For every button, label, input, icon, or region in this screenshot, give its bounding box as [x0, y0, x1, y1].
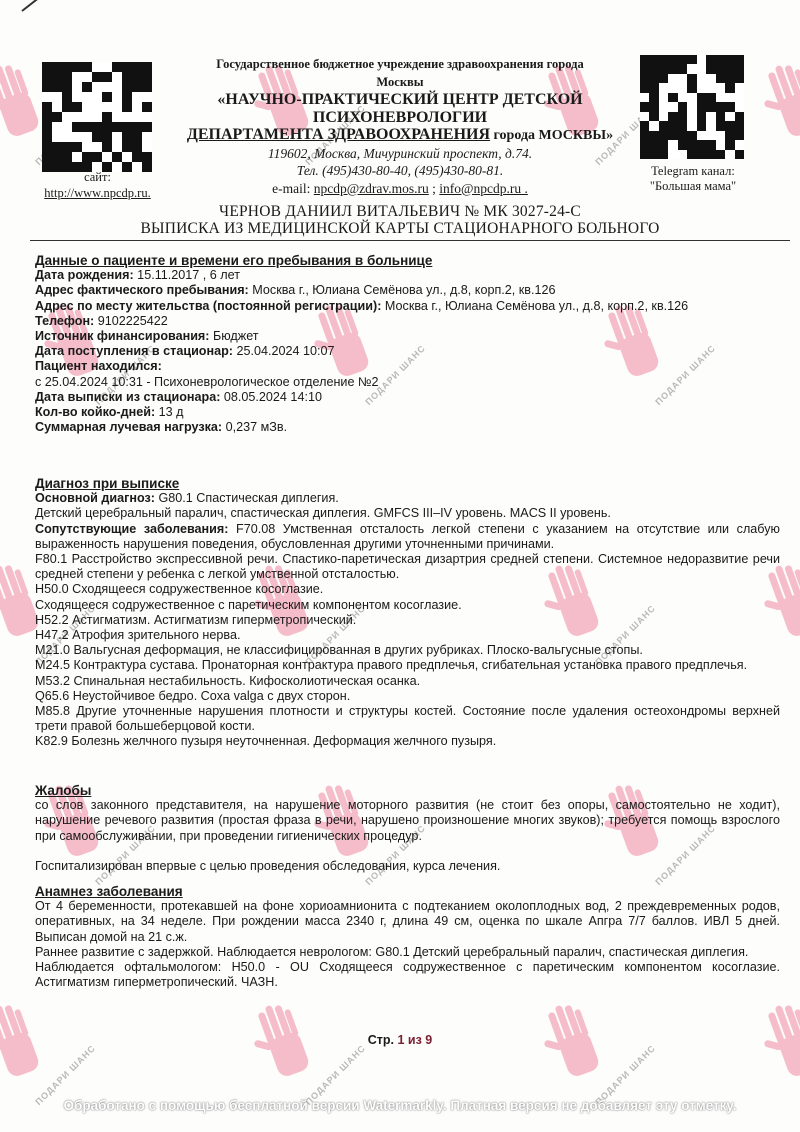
document-page: сайт: http://www.npcdp.ru. Государственн…	[0, 0, 800, 1132]
org-line-2: Москвы	[160, 74, 640, 92]
field-value: 13 д	[155, 405, 183, 419]
diagnosis-section: Диагноз при выписке Основной диагноз: G8…	[35, 476, 780, 750]
field-label: Кол-во койко-дней:	[35, 405, 155, 419]
field-label: Дата поступления в стационар:	[35, 344, 233, 358]
section-heading-diagnosis: Диагноз при выписке	[35, 476, 780, 491]
patient-info-row: Телефон: 9102225422	[35, 314, 780, 329]
main-diagnosis: Основной диагноз: G80.1 Спастическая дип…	[35, 491, 780, 506]
field-label: Пациент находился:	[35, 359, 162, 373]
telegram-label: Telegram канал:	[628, 164, 758, 179]
org-line-1: Государственное бюджетное учреждение здр…	[160, 56, 640, 74]
field-value: Москва г., Юлиана Семёнова ул., д.8, кор…	[381, 299, 688, 313]
pen-mark	[21, 0, 43, 12]
anamnesis-paragraphs: От 4 беременности, протекавшей на фоне х…	[35, 899, 780, 990]
main-diagnosis-value: G80.1 Спастическая диплегия.	[155, 491, 339, 505]
field-value: 25.04.2024 10:07	[233, 344, 335, 358]
qr-code-telegram-icon	[640, 55, 744, 159]
field-label: Адрес фактического пребывания:	[35, 283, 249, 297]
org-line-3: «НАУЧНО-ПРАКТИЧЕСКИЙ ЦЕНТР ДЕТСКОЙ	[160, 91, 640, 109]
section-heading-anamnesis: Анамнез заболевания	[35, 884, 780, 899]
page-number: Стр. 1 из 9	[0, 1033, 800, 1047]
page-prefix: Стр.	[368, 1033, 398, 1047]
field-value: Бюджет	[209, 329, 258, 343]
complaints-text: со слов законного представителя, на нару…	[35, 798, 780, 844]
city-name: города МОСКВЫ»	[490, 128, 613, 143]
diagnosis-item: F80.1 Расстройство экспрессивной речи. С…	[35, 552, 780, 582]
patient-info-fields: Дата рождения: 15.11.2017 , 6 летАдрес ф…	[35, 268, 780, 435]
patient-name-record-number: ЧЕРНОВ ДАНИИЛ ВИТАЛЬЕВИЧ № МК 3027-24-С	[90, 203, 710, 221]
main-diagnosis-label: Основной диагноз:	[35, 491, 155, 505]
patient-info-row: Пациент находился:	[35, 359, 780, 374]
comorbid-label: Сопутствующие заболевания:	[35, 522, 228, 536]
telegram-caption: Telegram канал: "Большая мама"	[628, 164, 758, 194]
comorbid-diagnosis: Сопутствующие заболевания: F70.08 Умстве…	[35, 522, 780, 552]
org-line-5: ДЕПАРТАМЕНТА ЗДРАВООХРАНЕНИЯ города МОСК…	[160, 126, 640, 145]
field-value: 15.11.2017 , 6 лет	[134, 268, 240, 282]
organization-header: Государственное бюджетное учреждение здр…	[160, 56, 640, 197]
watermark-footer-notice: Обработано с помощью бесплатной версии W…	[0, 1098, 800, 1113]
diagnosis-item: Q65.6 Неустойчивое бедро. Coxa valga с д…	[35, 689, 780, 704]
hospitalization-note: Госпитализирован впервые с целью проведе…	[35, 859, 780, 874]
diagnosis-item: K82.9 Болезнь желчного пузыря неуточненн…	[35, 734, 780, 749]
page-separator: из	[404, 1033, 425, 1047]
anamnesis-paragraph: От 4 беременности, протекавшей на фоне х…	[35, 899, 780, 945]
org-line-4: ПСИХОНЕВРОЛОГИИ	[160, 109, 640, 127]
diagnosis-item: H52.2 Астигматизм. Астигматизм гиперметр…	[35, 613, 780, 628]
patient-info-row: Адрес по месту жительства (постоянной ре…	[35, 299, 780, 314]
field-value: 0,237 мЗв.	[222, 420, 287, 434]
patient-info-section: Данные о пациенте и времени его пребыван…	[35, 253, 780, 435]
anamnesis-section: Анамнез заболевания От 4 беременности, п…	[35, 884, 780, 990]
main-diagnosis-detail: Детский церебральный паралич, спастическ…	[35, 506, 780, 521]
field-label: Телефон:	[35, 314, 94, 328]
patient-info-row: Адрес фактического пребывания: Москва г.…	[35, 283, 780, 298]
anamnesis-paragraph: Наблюдается офтальмологом: H50.0 - OU Сх…	[35, 960, 780, 990]
website-label: сайт:	[40, 170, 155, 185]
field-value: с 25.04.2024 10:31 - Психоневрологическо…	[35, 375, 378, 389]
org-phone: Тел. (495)430-80-40, (495)430-80-81.	[160, 162, 640, 180]
diagnosis-item: M53.2 Спинальная нестабильность. Кифоско…	[35, 674, 780, 689]
title-divider	[30, 240, 790, 241]
patient-info-row: Источник финансирования: Бюджет	[35, 329, 780, 344]
section-heading-complaints: Жалобы	[35, 783, 780, 798]
diagnosis-list: F80.1 Расстройство экспрессивной речи. С…	[35, 552, 780, 750]
field-value: 9102225422	[94, 314, 168, 328]
org-address: 119602, Москва, Мичуринский проспект, д.…	[160, 145, 640, 163]
field-value: Москва г., Юлиана Семёнова ул., д.8, кор…	[249, 283, 556, 297]
page-total: 9	[425, 1033, 432, 1047]
field-label: Дата рождения:	[35, 268, 134, 282]
section-heading-patient-info: Данные о пациенте и времени его пребыван…	[35, 253, 780, 268]
diagnosis-item: H47.2 Атрофия зрительного нерва.	[35, 628, 780, 643]
field-label: Источник финансирования:	[35, 329, 209, 343]
diagnosis-item: Сходящееся содружественное с паретически…	[35, 598, 780, 613]
diagnosis-item: M21.0 Вальгусная деформация, не классифи…	[35, 643, 780, 658]
diagnosis-item: M24.5 Контрактура сустава. Пронаторная к…	[35, 658, 780, 673]
field-label: Адрес по месту жительства (постоянной ре…	[35, 299, 381, 313]
patient-info-row: Дата выписки из стационара: 08.05.2024 1…	[35, 390, 780, 405]
field-value: 08.05.2024 14:10	[220, 390, 322, 404]
complaints-section: Жалобы со слов законного представителя, …	[35, 783, 780, 874]
qr-code-website-icon	[42, 62, 152, 172]
document-title: ВЫПИСКА ИЗ МЕДИЦИНСКОЙ КАРТЫ СТАЦИОНАРНО…	[90, 220, 710, 238]
website-link[interactable]: http://www.npcdp.ru.	[35, 186, 160, 201]
field-label: Суммарная лучевая нагрузка:	[35, 420, 222, 434]
diagnosis-item: M85.8 Другие уточненные нарушения плотно…	[35, 704, 780, 734]
patient-info-row: Дата поступления в стационар: 25.04.2024…	[35, 344, 780, 359]
diagnosis-item: H50.0 Сходящееся содружественное косогла…	[35, 582, 780, 597]
field-label: Дата выписки из стационара:	[35, 390, 220, 404]
patient-info-row: с 25.04.2024 10:31 - Психоневрологическо…	[35, 375, 780, 390]
email-label: e-mail:	[272, 181, 314, 196]
patient-info-row: Кол-во койко-дней: 13 д	[35, 405, 780, 420]
anamnesis-paragraph: Раннее развитие с задержкой. Наблюдается…	[35, 945, 780, 960]
patient-info-row: Суммарная лучевая нагрузка: 0,237 мЗв.	[35, 420, 780, 435]
email-separator: ;	[429, 181, 440, 196]
telegram-channel-name: "Большая мама"	[628, 179, 758, 194]
email-link-1[interactable]: npcdp@zdrav.mos.ru	[314, 181, 429, 196]
patient-info-row: Дата рождения: 15.11.2017 , 6 лет	[35, 268, 780, 283]
org-email: e-mail: npcdp@zdrav.mos.ru ; info@npcdp.…	[160, 180, 640, 198]
department-name: ДЕПАРТАМЕНТА ЗДРАВООХРАНЕНИЯ	[187, 126, 490, 143]
email-link-2[interactable]: info@npcdp.ru .	[439, 181, 528, 196]
